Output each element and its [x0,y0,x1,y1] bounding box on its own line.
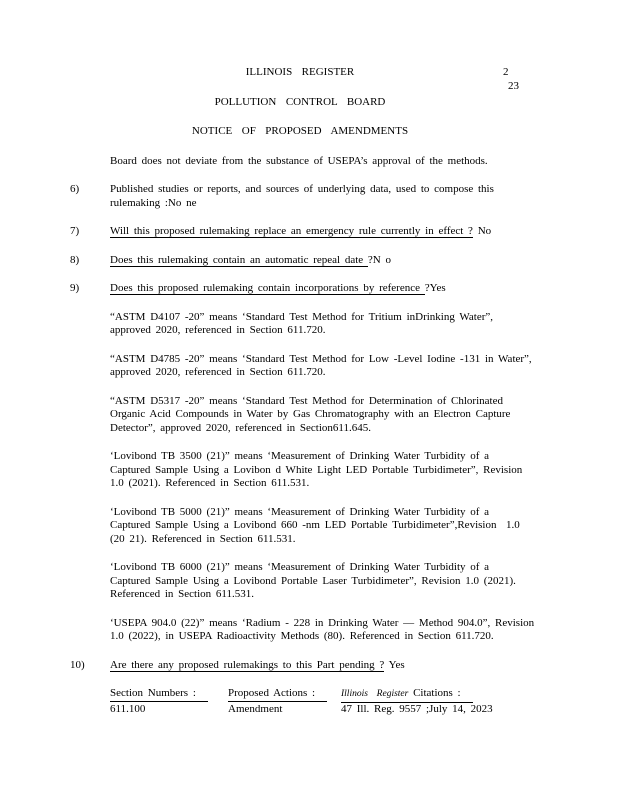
definition-lovibond-tb6000: ‘Lovibond TB 6000 (21)” means ‘Measureme… [110,561,618,602]
text-line: rulemaking :No ne [110,197,494,211]
item-7-answer: No [473,225,491,237]
table-row: 611.100 Amendment 47 Ill. Reg. 9557 ;Jul… [110,703,618,717]
item-8: 8) Does this rulemaking contain an autom… [70,254,618,268]
cell-citation: 47 Ill. Reg. 9557 ;July 14, 2023 [341,703,493,717]
text-line: 1.0 (2022), in USEPA Radioactivity Metho… [110,630,618,644]
column-header-proposed-actions: Proposed Actions : [228,687,341,703]
column-header-section-numbers: Section Numbers : [110,687,228,703]
illinois-register-italic: Illinois Register [341,689,408,699]
intro-paragraph: Board does not deviate from the substanc… [110,155,618,169]
text-line: 1.0 (2021). Referenced in Section 611.53… [110,477,618,491]
item-8-number: 8) [70,254,110,268]
item-7-question: Will this proposed rulemaking replace an… [110,225,473,238]
document-header: ILLINOIS REGISTER POLLUTION CONTROL BOAR… [70,66,530,139]
text-line: approved 2020, referenced in Section 611… [110,366,618,380]
text-line: Referenced in Section 611.531. [110,588,618,602]
item-10-text: Are there any proposed rulemakings to th… [110,659,405,673]
item-7: 7) Will this proposed rulemaking replace… [70,225,618,239]
text-line: approved 2020, referenced in Section 611… [110,324,618,338]
text-line: “ASTM D5317 -20” means ‘Standard Test Me… [110,395,618,409]
text-line: Organic Acid Compounds in Water by Gas C… [110,408,618,422]
notice-title: NOTICE OF PROPOSED AMENDMENTS [70,125,530,139]
text-line: Captured Sample Using a Lovibond Portabl… [110,575,618,589]
text-line: ‘Lovibond TB 5000 (21)” means ‘Measureme… [110,506,618,520]
definition-astm-d4107: “ASTM D4107 -20” means ‘Standard Test Me… [110,311,618,338]
page-number-bottom: 23 [508,80,519,94]
register-title: ILLINOIS REGISTER [70,66,530,80]
page-number-top: 2 [503,66,509,80]
text-line: Captured Sample Using a Lovibon d White … [110,464,618,478]
definition-usepa-904: ‘USEPA 904.0 (22)” means ‘Radium - 228 i… [110,617,618,644]
item-9-text: Does this proposed rulemaking contain in… [110,282,446,296]
column-header-citations: Illinois Register Citations : [341,687,473,703]
item-6-number: 6) [70,183,110,210]
item-6-text: Published studies or reports, and source… [110,183,494,210]
text-line: Detector”, approved 2020, referenced in … [110,422,618,436]
item-7-number: 7) [70,225,110,239]
table-header-row: Section Numbers : Proposed Actions : Ill… [110,687,618,703]
pending-rulemakings-table: Section Numbers : Proposed Actions : Ill… [110,687,618,716]
cell-proposed-action: Amendment [228,703,341,717]
item-9-answer: ?Yes [425,282,446,294]
definition-lovibond-tb5000: ‘Lovibond TB 5000 (21)” means ‘Measureme… [110,506,618,547]
text-line: ‘USEPA 904.0 (22)” means ‘Radium - 228 i… [110,617,618,631]
item-8-answer: ?N o [368,254,391,266]
item-8-question: Does this rulemaking contain an automati… [110,254,368,267]
definition-astm-d5317: “ASTM D5317 -20” means ‘Standard Test Me… [110,395,618,436]
document-page: 2 23 ILLINOIS REGISTER POLLUTION CONTROL… [0,0,618,800]
item-7-text: Will this proposed rulemaking replace an… [110,225,491,239]
text-line: Captured Sample Using a Lovibond 660 -nm… [110,519,618,533]
board-title: POLLUTION CONTROL BOARD [70,96,530,110]
item-10-question: Are there any proposed rulemakings to th… [110,659,384,672]
text-line: “ASTM D4785 -20” means ‘Standard Test Me… [110,353,618,367]
text-line: “ASTM D4107 -20” means ‘Standard Test Me… [110,311,618,325]
text-line: Published studies or reports, and source… [110,183,494,197]
text-line: ‘Lovibond TB 3500 (21)” means ‘Measureme… [110,450,618,464]
item-6: 6) Published studies or reports, and sou… [70,183,618,210]
item-10-answer: Yes [384,659,404,671]
item-9: 9) Does this proposed rulemaking contain… [70,282,618,296]
definition-astm-d4785: “ASTM D4785 -20” means ‘Standard Test Me… [110,353,618,380]
item-10-number: 10) [70,659,110,673]
definition-lovibond-tb3500: ‘Lovibond TB 3500 (21)” means ‘Measureme… [110,450,618,491]
item-9-question: Does this proposed rulemaking contain in… [110,282,425,295]
text-line: (20 21). Referenced in Section 611.531. [110,533,618,547]
item-9-number: 9) [70,282,110,296]
cell-section-number: 611.100 [110,703,228,717]
item-8-text: Does this rulemaking contain an automati… [110,254,391,268]
text-line: ‘Lovibond TB 6000 (21)” means ‘Measureme… [110,561,618,575]
item-10: 10) Are there any proposed rulemakings t… [70,659,618,673]
